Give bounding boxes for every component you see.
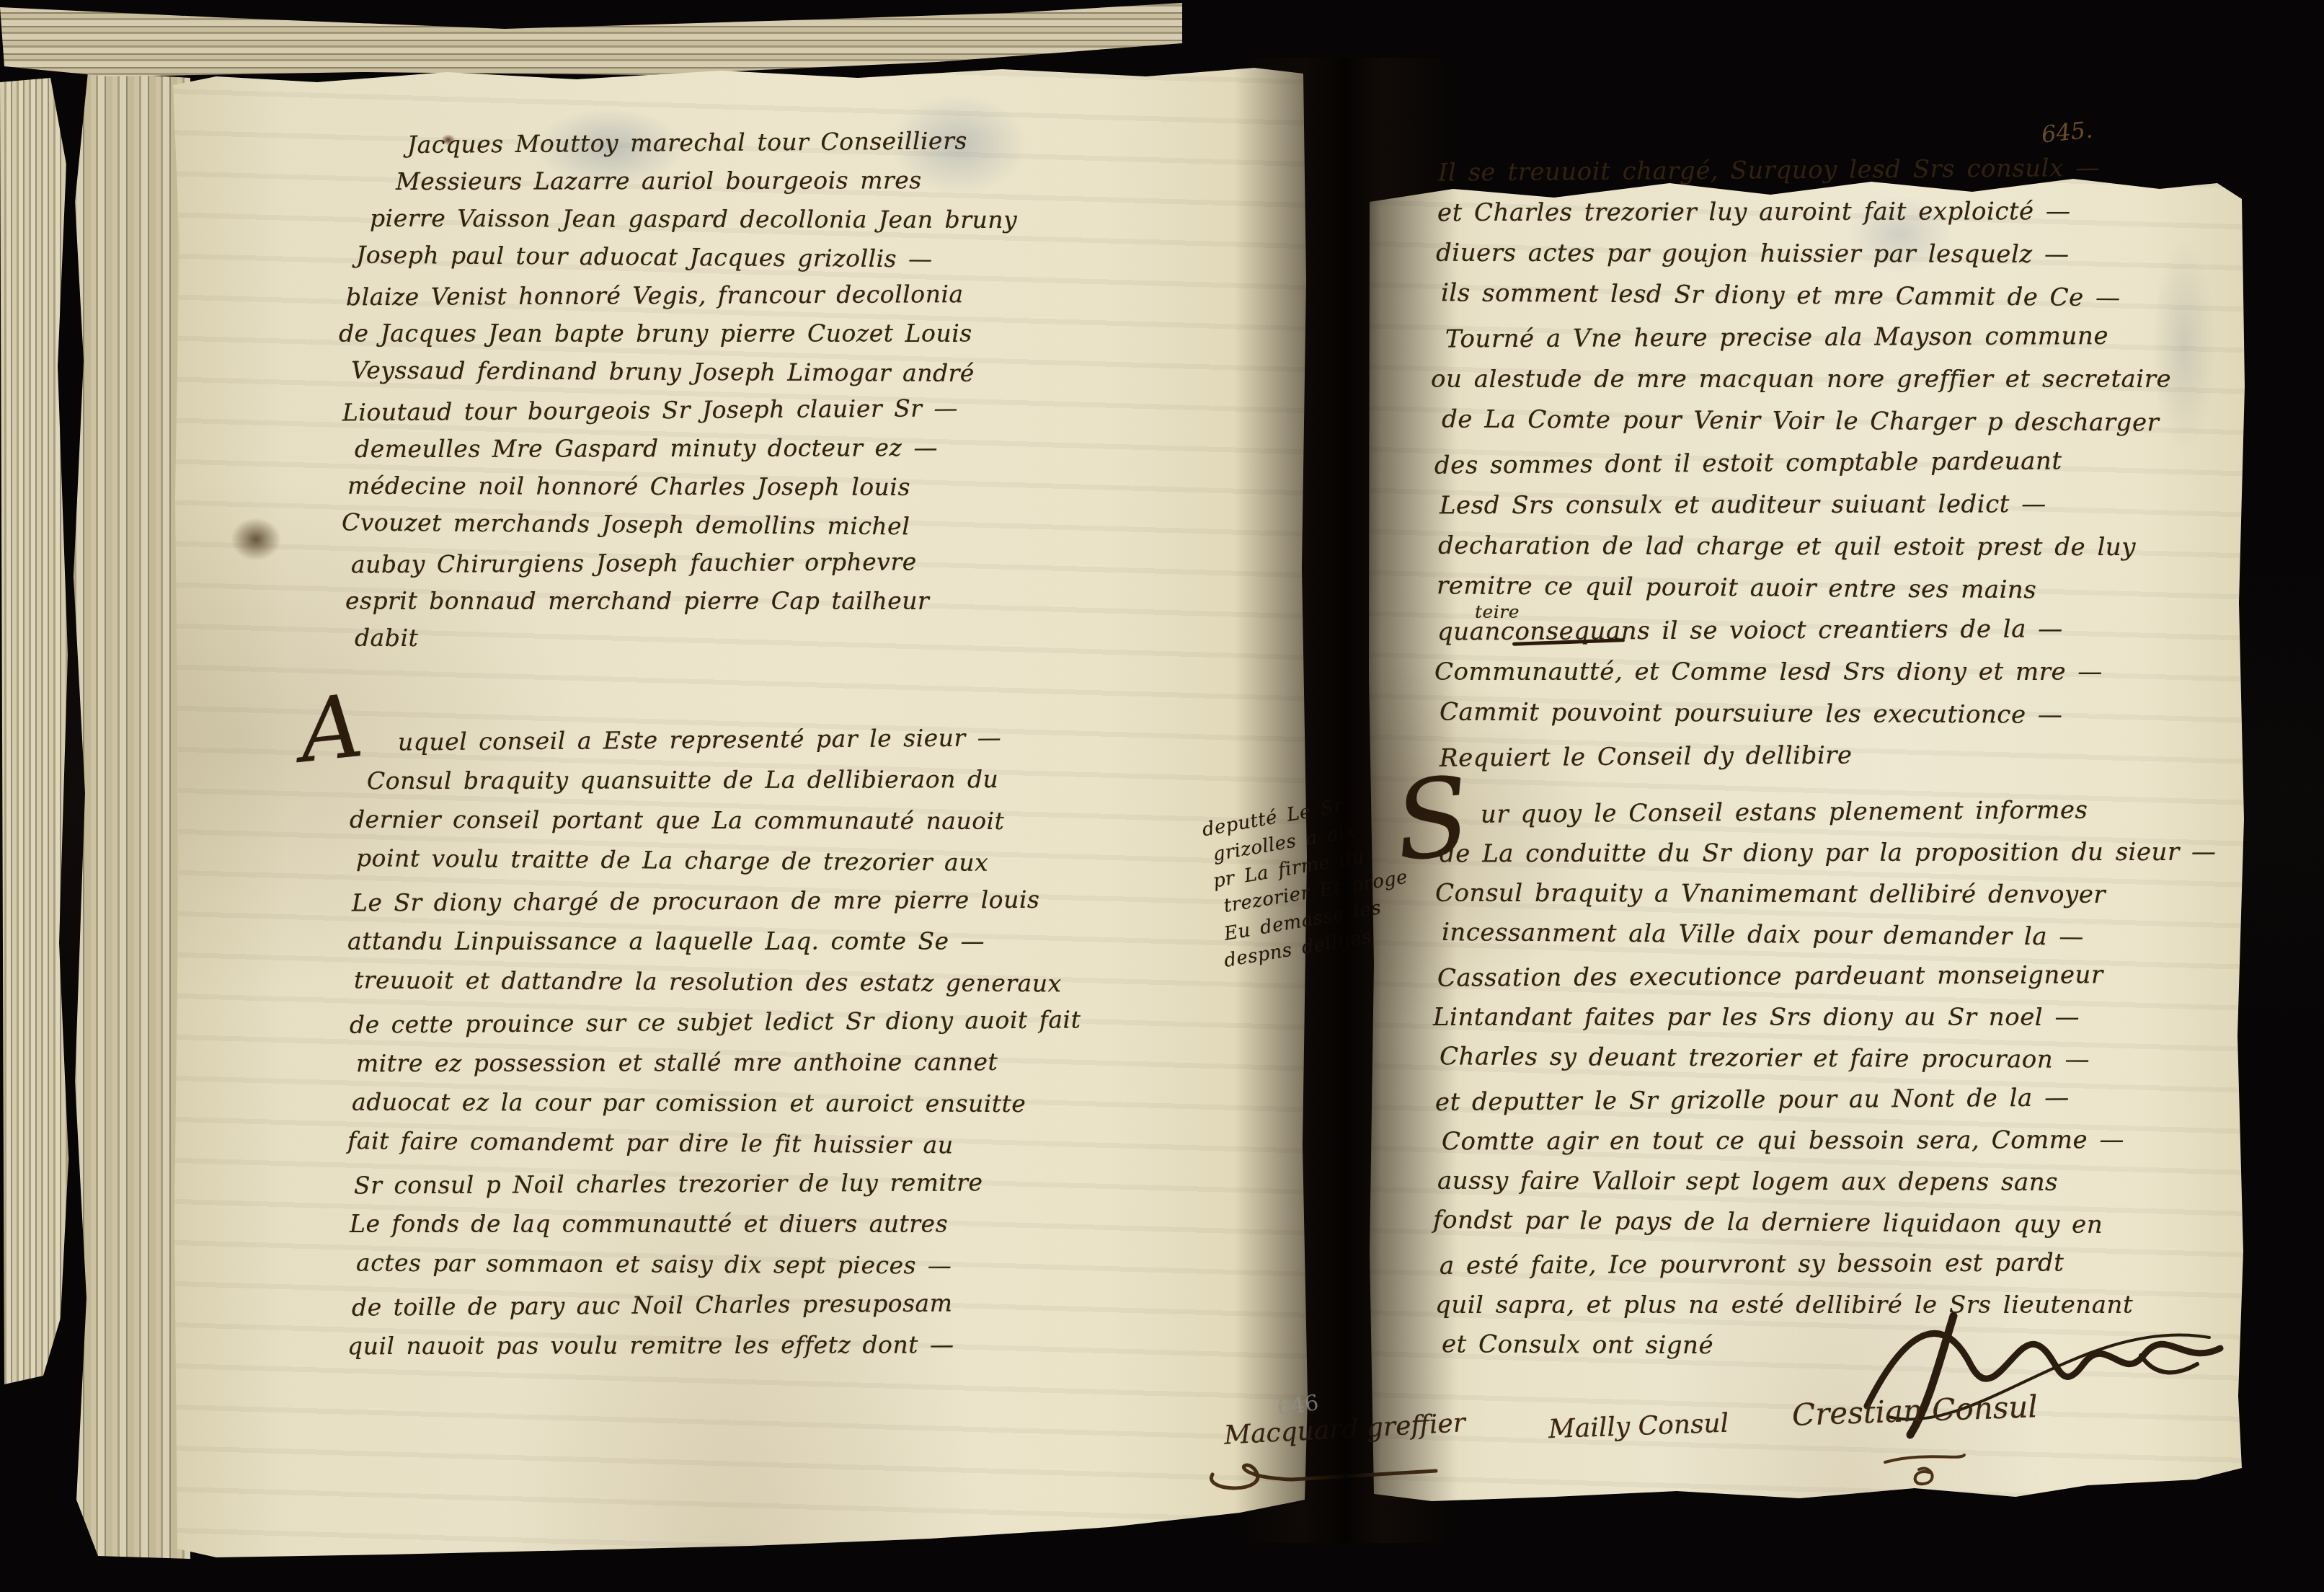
manuscript-line: aubay Chirurgiens Joseph fauchier orphev… <box>351 547 1017 589</box>
left-page-paragraph-deliberation: uquel conseil a Este representé par le s… <box>347 725 1081 1371</box>
right-page-paragraph-resolution: ur quoy le Conseil estans plenement info… <box>1433 797 2217 1373</box>
left-page-paragraph-attendees: Jacques Mouttoy marechal tour Conseillie… <box>339 128 1017 663</box>
manuscript-line: aussy faire Valloir sept logem aux depen… <box>1437 1167 2217 1210</box>
manuscript-line: dabit <box>355 624 1017 665</box>
manuscript-line: Le fonds de laq communautté et diuers au… <box>350 1210 1081 1250</box>
manuscript-line: demeulles Mre Gaspard minuty docteur ez … <box>355 433 1017 473</box>
manuscript-line: a esté faite, Ice pourvront sy bessoin e… <box>1440 1247 2217 1292</box>
bottom-page-edge-stack <box>0 0 1182 78</box>
manuscript-line: decharation de lad charge et quil estoit… <box>1438 531 2171 575</box>
manuscript-line: Comtte agir en tout ce qui bessoin sera,… <box>1442 1126 2217 1169</box>
manuscript-line: des sommes dont il estoit comptable pard… <box>1434 446 2172 492</box>
right-page-paragraph-charge: Il se treuuoit chargé, Surquoy lesd Srs … <box>1431 156 2171 783</box>
manuscript-line: ur quoy le Conseil estans plenement info… <box>1481 795 2217 841</box>
manuscript-line: et deputter le Sr grizolle pour au Nont … <box>1435 1082 2217 1129</box>
manuscript-line: diuers actes par goujon huissier par les… <box>1436 239 2171 282</box>
manuscript-line: Lioutaud tour bourgeois Sr Joseph clauie… <box>342 394 1017 437</box>
manuscript-line: Messieurs Lazarre auriol bourgeois mres <box>396 166 1017 205</box>
manuscript-line: uquel conseil a Este representé par le s… <box>398 723 1081 769</box>
manuscript-line: ils somment lesd Sr diony et mre Cammit … <box>1441 278 2172 325</box>
manuscript-scan: Jacques Mouttoy marechal tour Conseillie… <box>0 0 2324 1592</box>
manuscript-line: Il se treuuoit chargé, Surquoy lesd Srs … <box>1438 153 2172 200</box>
manuscript-line: Lesd Srs consulx et auditeur suiuant led… <box>1440 490 2171 533</box>
manuscript-line: Veyssaud ferdinand bruny Joseph Limogar … <box>351 356 1017 398</box>
manuscript-line: point voulu traitte de La charge de trez… <box>356 844 1081 889</box>
manuscript-line: fait faire comandemt par dire le fit hui… <box>347 1126 1081 1172</box>
manuscript-line: Lintandant faites par les Srs diony au S… <box>1433 1003 2217 1044</box>
manuscript-line: Sr consul p Noil charles trezorier de lu… <box>354 1168 1081 1212</box>
manuscript-line: mitre ez possession et stallé mre anthoi… <box>356 1048 1081 1089</box>
manuscript-line: Joseph paul tour aduocat Jacques grizoll… <box>356 241 1017 284</box>
manuscript-line: Cammit pouvoint poursuiure les execution… <box>1440 698 2171 743</box>
manuscript-line: actes par sommaon et saisy dix sept piec… <box>356 1249 1081 1293</box>
manuscript-line: fondst par le pays de la derniere liquid… <box>1433 1206 2217 1252</box>
left-page-edge-stack <box>69 72 190 1559</box>
manuscript-line: Consul braquity quansuitte de La dellibi… <box>367 765 1081 807</box>
manuscript-line: blaize Venist honnoré Vegis, francour de… <box>346 280 1017 322</box>
manuscript-line: de toille de pary auc Noil Charles presu… <box>352 1288 1081 1333</box>
interlinear-insertion: teire <box>1475 601 1520 622</box>
manuscript-line: de Jacques Jean bapte bruny pierre Cuoze… <box>339 319 1017 358</box>
marginal-note: deputté Le Srgrizolles a aixpr La firme … <box>1201 787 1419 977</box>
manuscript-line: de cette prouince sur ce subjet ledict S… <box>350 1005 1081 1051</box>
manuscript-line: de La conduitte du Sr diony par la propo… <box>1440 838 2217 881</box>
manuscript-line: de La Comte pour Venir Voir le Charger p… <box>1442 405 2171 451</box>
manuscript-line: pierre Vaisson Jean gaspard decollonia J… <box>370 204 1017 244</box>
manuscript-line: Requiert le Conseil dy dellibire <box>1440 738 2172 785</box>
manuscript-line: médecine noil honnoré Charles Joseph lou… <box>347 472 1017 511</box>
manuscript-line: incessanment ala Ville daix pour demande… <box>1442 918 2217 965</box>
manuscript-line: Le Sr diony chargé de procuraon de mre p… <box>352 885 1081 929</box>
manuscript-line: treuuoit et dattandre la resolution des … <box>354 966 1081 1010</box>
manuscript-line: quil nauoit pas voulu remitre les effetz… <box>347 1330 1081 1372</box>
manuscript-line: attandu Linpuissance a laquelle Laq. com… <box>347 927 1081 968</box>
manuscript-line: Cassation des executionce pardeuant mons… <box>1437 960 2217 1004</box>
manuscript-line: aduocat ez la cour par comission et auro… <box>352 1088 1081 1130</box>
manuscript-line: esprit bonnaud merchand pierre Cap tailh… <box>345 587 1017 625</box>
manuscript-line: remitre ce quil pouroit auoir entre ses … <box>1437 571 2172 618</box>
manuscript-line: et Charles trezorier luy auroint fait ex… <box>1437 197 2171 240</box>
folio-number-ink: 645. <box>2040 115 2094 148</box>
consul-mailly-signature: Mailly Consul <box>1548 1409 1729 1445</box>
manuscript-line: quanconsequans il se voioct creantiers d… <box>1437 614 2171 660</box>
crestian-paraph <box>1881 1448 1968 1491</box>
manuscript-line: Cvouzet merchands Joseph demollins miche… <box>342 508 1017 552</box>
manuscript-line: dernier conseil portant que La communaut… <box>350 805 1081 847</box>
right-page-edge-stack <box>0 78 69 1384</box>
manuscript-line: Communautté, et Comme lesd Srs diony et … <box>1434 658 2171 699</box>
manuscript-line: Jacques Mouttoy marechal tour Conseillie… <box>407 126 1017 169</box>
greffier-paraph <box>1205 1442 1443 1492</box>
manuscript-line: ou alestude de mre macquan nore greffier… <box>1431 365 2171 407</box>
manuscript-line: Charles sy deuant trezorier et faire pro… <box>1440 1042 2217 1087</box>
manuscript-line: Consul braquity a Vnanimemant dellibiré … <box>1435 879 2217 922</box>
manuscript-line: Tourné a Vne heure precise ala Mayson co… <box>1445 322 2171 367</box>
